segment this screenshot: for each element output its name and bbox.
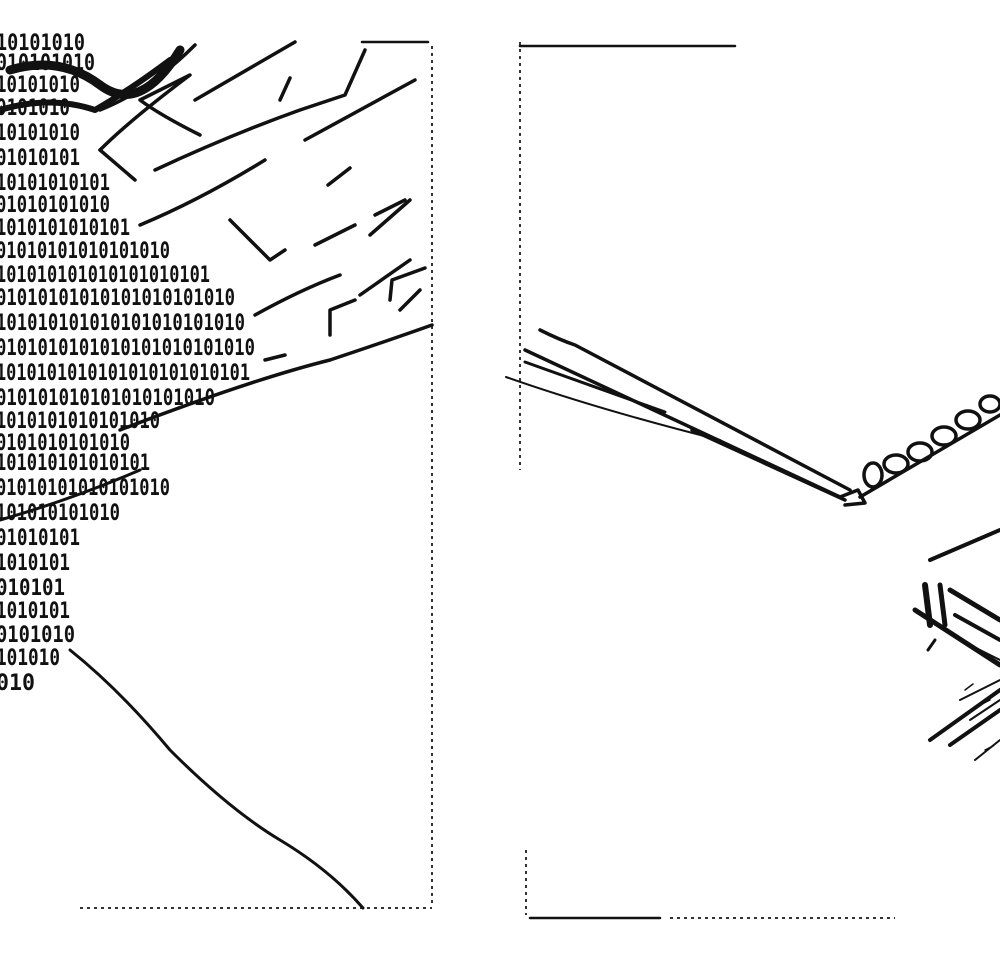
- binary-digit-row: 01010101: [0, 526, 80, 551]
- binary-digit-row: 1010101010101: [0, 216, 130, 241]
- binary-digit-row: 01010101010: [0, 193, 110, 218]
- binary-digit-row: 1010101010101010101010101: [0, 361, 250, 386]
- binary-digit-row: 01010101010101010101010: [0, 286, 235, 311]
- binary-digit-row: 10101010: [0, 73, 80, 98]
- descending-line: [70, 650, 363, 908]
- laptop-base: [915, 530, 1000, 760]
- binary-digit-row: 010: [0, 671, 35, 696]
- binary-digit-row: 01010101010101010: [0, 239, 170, 264]
- binary-digit-row: 101010101010101: [0, 451, 150, 476]
- binary-digit-row: 101010101010101010101: [0, 263, 210, 288]
- binary-digit-row: 101010101010101010101010: [0, 311, 245, 336]
- binary-digit-row: 0101010: [0, 623, 75, 648]
- binary-digit-row: 101010: [0, 646, 60, 671]
- binary-digit-row: 01010101: [0, 146, 80, 171]
- laptop-drawing: [506, 330, 1000, 760]
- binary-digit-row: 01010101010101010: [0, 476, 170, 501]
- binary-digit-row: 1010101: [0, 551, 70, 576]
- sketch-svg: 1010101001010101010101010010101010101010…: [0, 0, 1000, 964]
- sketch-canvas: 1010101001010101010101010010101010101010…: [0, 0, 1000, 964]
- binary-digit-mass: 1010101001010101010101010010101010101010…: [0, 31, 255, 696]
- right-panel-frame: [520, 42, 895, 918]
- binary-digit-row: 010101: [0, 576, 65, 601]
- binary-digit-row: 10101010: [0, 121, 80, 146]
- hinge-loops: [860, 396, 1000, 497]
- binary-digit-row: 1010101: [0, 599, 70, 624]
- binary-digit-row: 0101010101010101010101010: [0, 336, 255, 361]
